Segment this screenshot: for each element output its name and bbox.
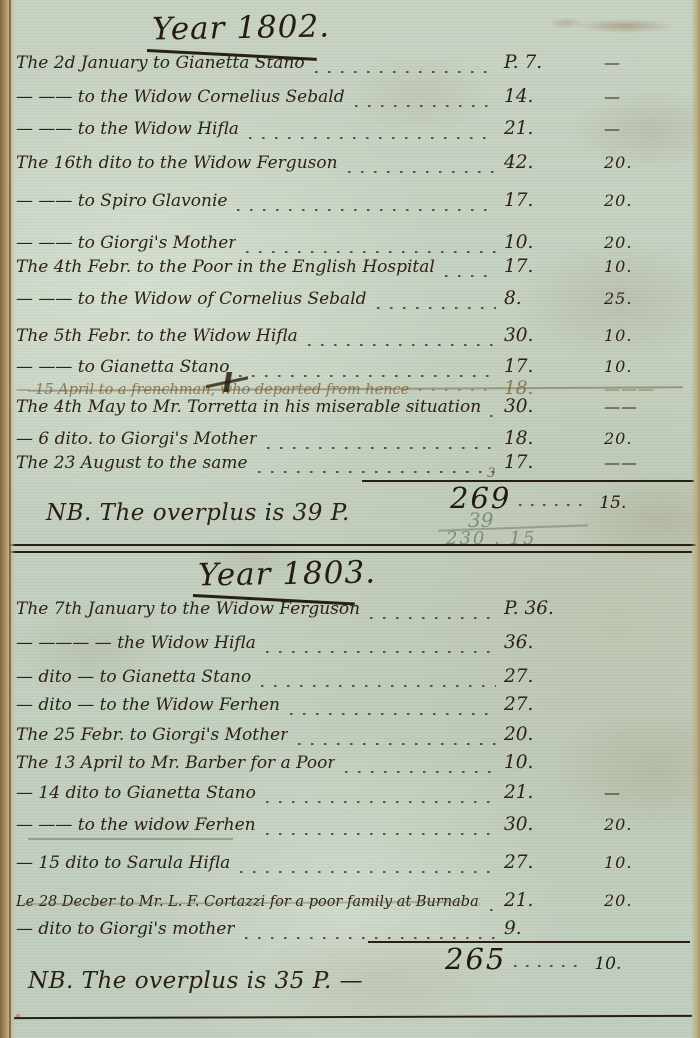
entry-amount-paras: —: [604, 87, 692, 106]
entry-amount-piastres: 21.: [504, 118, 604, 139]
ledger-row: — —— to the Widow of Cornelius Sebald 8.…: [16, 288, 692, 318]
dot-leader: [514, 965, 586, 967]
dot-leader: [308, 344, 496, 346]
section-title-1802: Year 1802.: [152, 8, 331, 47]
entry-amount-paras: 20.: [604, 153, 692, 172]
entry-amount-piastres: 8.: [504, 288, 604, 309]
entry-description: The 2d January to Gianetta Stano: [16, 53, 305, 73]
ledger-row: The 4th May to Mr. Torretta in his miser…: [16, 396, 692, 426]
entry-amount-piastres: 30.: [504, 396, 604, 417]
entry-amount-paras: 25.: [604, 289, 692, 308]
entry-amount-piastres: 27.: [504, 694, 604, 715]
entry-amount-piastres: 14.: [504, 86, 604, 107]
entry-amount-piastres: P. 7.: [504, 52, 604, 73]
dot-leader: [258, 471, 496, 473]
entry-amount-piastres: 21.: [504, 890, 604, 911]
entry-amount-piastres: 42.: [504, 152, 604, 173]
ledger-row: The 13 April to Mr. Barber for a Poor 10…: [16, 752, 692, 782]
entry-description: — dito — to the Widow Ferhen: [16, 695, 280, 715]
dot-leader: [266, 651, 496, 653]
entry-amount-paras: 20.: [604, 891, 692, 910]
dot-leader: [298, 743, 496, 745]
entry-description: — —— to Spiro Glavonie: [16, 191, 227, 211]
entry-description: — —— to Gianetta Stano: [16, 357, 229, 377]
dot-leader: [267, 447, 496, 449]
entry-amount-paras: ——: [604, 453, 692, 472]
entry-amount-paras: 20.: [604, 815, 692, 834]
entry-description: The 4th May to Mr. Torretta in his miser…: [16, 397, 480, 417]
ledger-row: — dito — to Gianetta Stano 27.: [16, 666, 692, 696]
entry-amount-piastres: 36.: [504, 632, 604, 653]
entry-description: — 6 dito. to Giorgi's Mother: [16, 429, 257, 449]
section-divider-top: [2, 544, 696, 546]
entry-description: Le 28 Decber to Mr. L. F. Cortazzi for a…: [16, 894, 480, 910]
ledger-row: — 14 dito to Gianetta Stano 21. —: [16, 782, 692, 812]
dot-leader: [519, 504, 591, 506]
total-fraction: 15.: [599, 493, 626, 513]
entry-amount-paras: 10.: [604, 257, 692, 276]
dot-leader: [239, 375, 496, 377]
entry-amount-paras: 10.: [604, 357, 692, 376]
entry-amount-paras: 10.: [604, 853, 692, 872]
dot-leader: [445, 275, 496, 277]
dot-leader: [315, 71, 496, 73]
section-divider-bottom: [2, 551, 692, 553]
dot-leader: [370, 617, 496, 619]
entry-description: The 25 Febr. to Giorgi's Mother: [16, 725, 288, 745]
entry-amount-paras: ——: [604, 397, 692, 416]
entry-description: — dito — to Gianetta Stano: [16, 667, 251, 687]
entry-amount-piastres: 27.: [504, 852, 604, 873]
dot-leader: [348, 171, 496, 173]
entry-amount-piastres: 30.: [504, 325, 604, 346]
entry-amount-paras: —: [604, 119, 692, 138]
ledger-row: — —— to Spiro Glavonie 17. 20.: [16, 190, 692, 220]
overplus-note-1802: NB. The overplus is 39 P.: [46, 500, 350, 526]
ledger-row: — ——— — the Widow Hifla 36.: [16, 632, 692, 662]
dot-leader: [377, 307, 496, 309]
dot-leader: [290, 713, 496, 715]
entry-amount-paras: 20.: [604, 191, 692, 210]
dot-leader: [345, 771, 496, 773]
dot-leader: [419, 389, 496, 391]
entry-amount-piastres: 17.: [504, 256, 604, 277]
ledger-row: — —— to the Widow Hifla 21. —: [16, 118, 692, 148]
ledger-row: The 25 Febr. to Giorgi's Mother 20.: [16, 724, 692, 754]
dot-leader: [490, 909, 496, 911]
entry-amount-paras: 20.: [604, 429, 692, 448]
entry-description: The 13 April to Mr. Barber for a Poor: [16, 753, 335, 773]
entry-description: The 7th January to the Widow Ferguson: [16, 599, 360, 619]
entry-amount-piastres: 27.: [504, 666, 604, 687]
total-fraction: 10.: [594, 954, 621, 974]
entry-description: The 4th Febr. to the Poor in the English…: [16, 257, 435, 277]
total-row-1803: 265 10.: [445, 942, 621, 976]
bottom-rule: [14, 1015, 692, 1019]
binding-crease-line: [9, 0, 11, 1038]
book-binding-edge: [0, 0, 15, 1038]
entry-amount-piastres: 9.: [504, 918, 604, 939]
entry-description: The 16th dito to the Widow Ferguson: [16, 153, 338, 173]
dot-leader: [240, 871, 496, 873]
ledger-row: The 16th dito to the Widow Ferguson 42. …: [16, 152, 692, 182]
entry-amount-paras: 10.: [604, 326, 692, 345]
entry-amount-piastres: 30.: [504, 814, 604, 835]
overplus-note-1803: NB. The overplus is 35 P. —: [28, 968, 363, 994]
dot-leader: [490, 415, 496, 417]
ledger-row: — —— to the Widow Cornelius Sebald 14. —: [16, 86, 692, 116]
dot-leader: [355, 105, 496, 107]
entry-description: — —— to Giorgi's Mother: [16, 233, 236, 253]
entry-amount-piastres: 17.: [504, 190, 604, 211]
ledger-row: The 2d January to Gianetta Stano P. 7. —: [16, 52, 692, 82]
dot-leader: [246, 251, 496, 253]
ledger-row: Le 28 Decber to Mr. L. F. Cortazzi for a…: [16, 890, 692, 920]
entry-description: — 15 dito to Sarula Hifla: [16, 853, 230, 873]
dot-leader: [266, 801, 496, 803]
entry-description: — ——— — the Widow Hifla: [16, 633, 256, 653]
entry-amount-piastres: 17.: [504, 356, 604, 377]
entry-description: The 5th Febr. to the Widow Hifla: [16, 326, 298, 346]
entry-amount-paras: —: [604, 783, 692, 802]
ledger-row: — —— to the widow Ferhen 30. 20.: [16, 814, 692, 844]
dot-leader: [249, 137, 496, 139]
entry-amount-paras: 20.: [604, 233, 692, 252]
entry-description: — —— to the Widow Cornelius Sebald: [16, 87, 345, 107]
ledger-row: — 15 dito to Sarula Hifla 27. 10.: [16, 852, 692, 882]
entry-amount-paras: —: [604, 53, 692, 72]
ledger-page: Year 1802. The 2d January to Gianetta St…: [0, 0, 700, 1038]
entry-amount-piastres: 17.: [504, 452, 604, 473]
entry-amount-piastres: 21.: [504, 782, 604, 803]
entry-description: — —— to the Widow of Cornelius Sebald: [16, 289, 367, 309]
dot-leader: [245, 937, 497, 939]
entry-amount-piastres: P. 36.: [504, 598, 604, 619]
entry-description: — 14 dito to Gianetta Stano: [16, 783, 256, 803]
ledger-row: The 4th Febr. to the Poor in the English…: [16, 256, 692, 286]
dot-leader: [261, 685, 496, 687]
dot-leader: [237, 209, 496, 211]
entry-amount-piastres: 10.: [504, 232, 604, 253]
ledger-row: The 7th January to the Widow Ferguson P.…: [16, 598, 692, 628]
page-right-edge: [691, 0, 700, 1038]
ledger-row: The 23 August to the same 17. ——: [16, 452, 692, 482]
dot-leader: [266, 833, 496, 835]
ledger-row: The 5th Febr. to the Widow Hifla 30. 10.: [16, 325, 692, 355]
entry-description: — —— to the Widow Hifla: [16, 119, 239, 139]
entry-description: — dito to Giorgi's mother: [16, 919, 235, 939]
pencil-carry-digit: 3: [487, 466, 495, 481]
ledger-row: — dito — to the Widow Ferhen 27.: [16, 694, 692, 724]
section-title-1803: Year 1803.: [198, 554, 377, 593]
entry-description: The 23 August to the same: [16, 453, 248, 473]
total-amount: 265: [445, 942, 506, 976]
entry-amount-piastres: 18.: [504, 428, 604, 449]
entry-amount-piastres: 20.: [504, 724, 604, 745]
entry-amount-piastres: 10.: [504, 752, 604, 773]
entry-description: — —— to the widow Ferhen: [16, 815, 256, 835]
